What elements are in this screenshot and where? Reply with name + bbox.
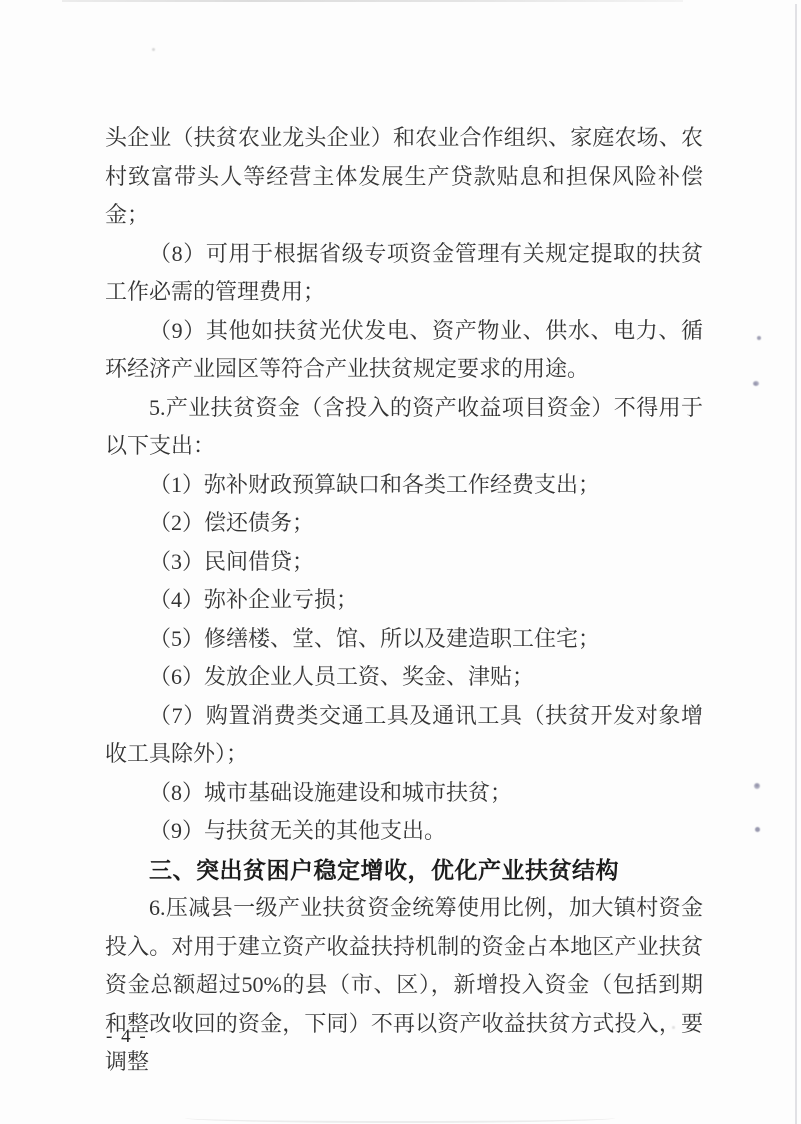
scan-speck (152, 48, 155, 51)
document-body-text: 头企业（扶贫农业龙头企业）和农业合作组织、家庭农场、农村致富带头人等经营主体发展… (105, 119, 703, 1082)
paragraph-item-7: （7）购置消费类交通工具及通讯工具（扶贫开发对象增收工具除外）； (105, 697, 703, 774)
scan-speck (754, 783, 760, 789)
paragraph-item-8b: （8）城市基础设施建设和城市扶贫； (105, 774, 703, 813)
scan-speck (757, 336, 761, 340)
paragraph-item-3: （3）民间借贷； (105, 543, 703, 582)
paragraph-clause-5: 5.产业扶贫资金（含投入的资产收益项目资金）不得用于以下支出： (105, 389, 703, 466)
paragraph-item-4: （4）弥补企业亏损； (105, 581, 703, 620)
scan-right-edge-shadow (795, 4, 797, 1124)
paragraph-item-5: （5）修缮楼、堂、馆、所以及建造职工住宅； (105, 620, 703, 659)
paragraph-item-2: （2）偿还债务； (105, 504, 703, 543)
section-heading: 三、突出贫困户稳定增收，优化产业扶贫结构 (105, 851, 703, 890)
paragraph-item-1: （1）弥补财政预算缺口和各类工作经费支出； (105, 466, 703, 505)
scan-bottom-edge-artifact (185, 1113, 615, 1123)
paragraph-item-8a: （8）可用于根据省级专项资金管理有关规定提取的扶贫工作必需的管理费用； (105, 235, 703, 312)
scan-speck (755, 827, 760, 832)
page-number: - 4 - (106, 1026, 148, 1048)
paragraph-clause-6: 6.压减县一级产业扶贫资金统筹使用比例，加大镇村资金投入。对用于建立资产收益扶持… (105, 889, 703, 1082)
paragraph-item-9a: （9）其他如扶贫光伏发电、资产物业、供水、电力、循环经济产业园区等符合产业扶贫规… (105, 312, 703, 389)
scanned-document-page: 头企业（扶贫农业龙头企业）和农业合作组织、家庭农场、农村致富带头人等经营主体发展… (0, 0, 801, 1124)
paragraph-continuation: 头企业（扶贫农业龙头企业）和农业合作组织、家庭农场、农村致富带头人等经营主体发展… (105, 119, 703, 235)
paragraph-item-9b: （9）与扶贫无关的其他支出。 (105, 812, 703, 851)
scan-speck (753, 381, 759, 386)
scan-top-edge-artifact (62, 0, 683, 2)
paragraph-item-6: （6）发放企业人员工资、奖金、津贴； (105, 658, 703, 697)
